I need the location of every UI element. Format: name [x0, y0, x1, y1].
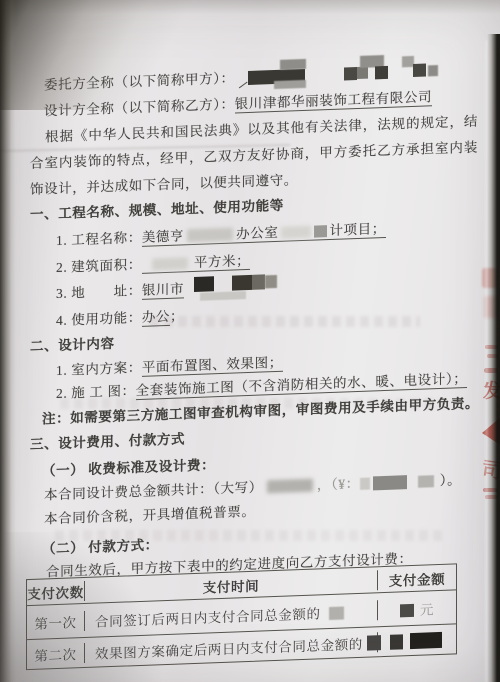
photo-shadow-bottomleft: [0, 532, 170, 682]
photo-shadow-right: [487, 34, 500, 682]
address-value: 银川市: [142, 281, 184, 300]
project-name-label: 1. 工程名称：: [56, 230, 142, 248]
address-line: 3. 地 址：银川市: [56, 273, 290, 302]
row1-amount: 元: [378, 597, 456, 620]
floor-area-value: 平方米；: [142, 253, 250, 274]
handwritten-slash: [238, 81, 247, 88]
section3-heading: 三、设计费用、付款方式: [30, 427, 185, 453]
usage-value: 办公: [142, 309, 170, 327]
floor-area-line: 2. 建筑面积：平方米；: [56, 249, 250, 276]
usage-line: 4. 使用功能：办公；: [56, 304, 184, 329]
redaction-area: [152, 257, 188, 270]
section2-heading: 二、设计内容: [30, 332, 115, 355]
tax-line: 本合同价含税，开具增值税普票。: [44, 500, 256, 528]
party-b-name: 银川津都华丽装饰工程有限公司: [235, 89, 432, 113]
redaction-row2-b: [390, 634, 403, 649]
redaction-row2-a: [367, 635, 381, 651]
photo-shadow-topleft: [0, 0, 210, 110]
redaction-address: [194, 273, 290, 297]
redaction-amount-words: [267, 479, 313, 494]
project-name-value: 美德亨办公室计项目；: [142, 221, 386, 247]
redaction-project-1: [187, 228, 233, 243]
interior-plan-label: 1. 室内方案：: [56, 360, 142, 378]
intro-paragraph: 根据《中华人民共和国民法典》以及其他有关法律，法规的规定，结合室内装饰的特点，经…: [30, 109, 478, 203]
floor-area-label: 2. 建筑面积：: [56, 257, 142, 275]
redaction-project-3: [314, 225, 327, 237]
construction-drawing-label: 2. 施 工 图：: [56, 383, 136, 401]
redaction-project-2: [281, 226, 311, 239]
fee-subheading: （一） 收费标准及设计费：: [42, 453, 215, 479]
document-photo: 委托方全称（以下简称甲方）： 设计方全称（以下简称乙方）：银川津都华丽装饰工程有…: [0, 0, 500, 682]
project-name-line: 1. 工程名称：美德亨办公室计项目；: [56, 217, 386, 249]
redaction-row1-amount: [400, 603, 414, 617]
redaction-party-a-name: [248, 61, 450, 86]
address-label: 3. 地 址：: [56, 283, 142, 301]
usage-label: 4. 使用功能：: [56, 310, 142, 328]
redaction-amount-figures: [360, 473, 440, 492]
redaction-row2-c: [410, 631, 442, 648]
redaction-row1-percent: [329, 606, 344, 620]
header-amount: 支付金额: [378, 567, 456, 590]
